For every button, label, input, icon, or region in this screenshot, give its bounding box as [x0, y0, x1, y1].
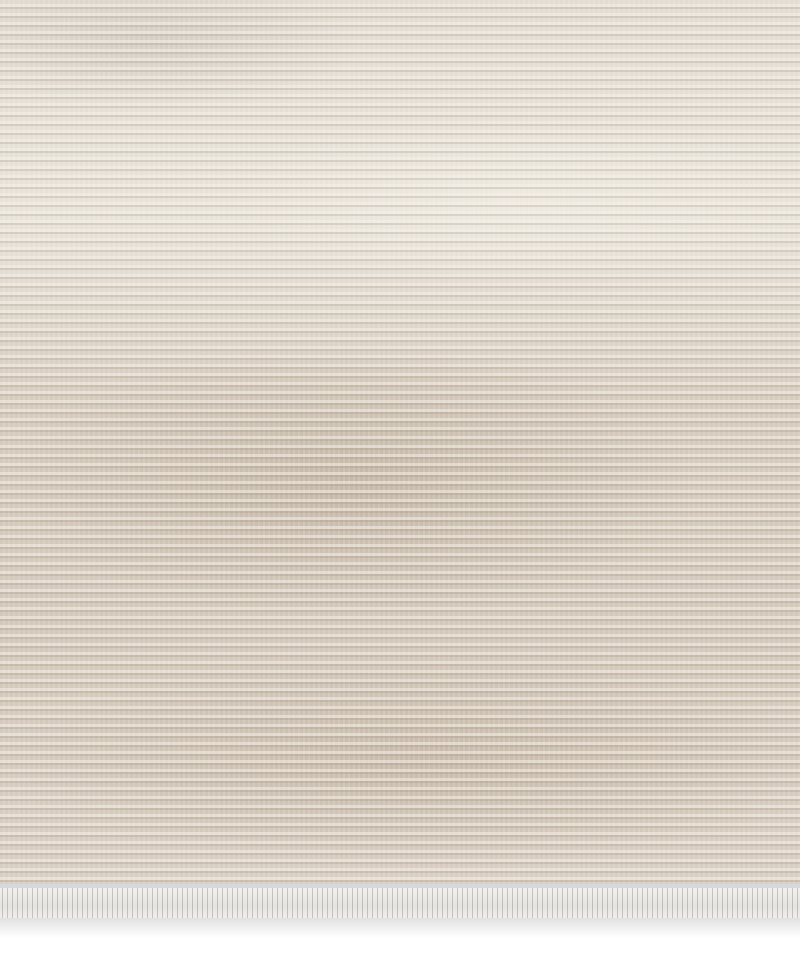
rug-fringe — [0, 888, 800, 918]
rug-texture — [0, 0, 800, 886]
rug-shadow — [0, 918, 800, 938]
